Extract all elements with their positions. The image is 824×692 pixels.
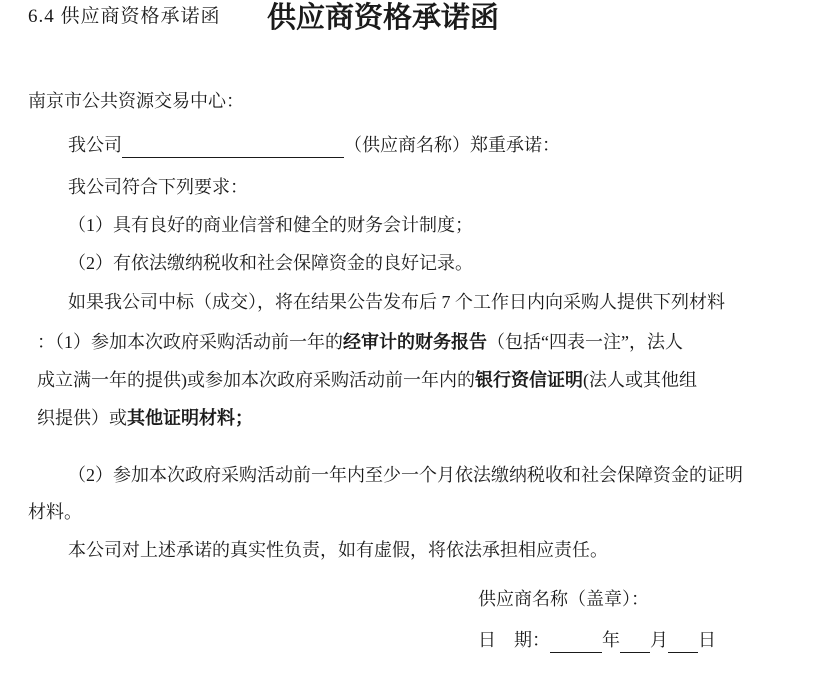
materials-item1-line2-bold: 银行资信证明 [475,370,583,390]
materials-item1-line1-post: （包括“四表一注”，法人 [487,332,683,352]
closing-statement: 本公司对上述承诺的真实性负责，如有虚假，将依法承担相应责任。 [68,538,608,563]
materials-intro-line: 如果我公司中标（成交），将在结果公告发布后 7 个工作日内向采购人提供下列材料 [68,290,725,315]
requirement-item-1: （1）具有良好的商业信誉和健全的财务会计制度； [68,213,473,238]
requirements-intro: 我公司符合下列要求： [68,175,248,200]
materials-item1-line3-bold: 其他证明材料； [127,408,253,428]
document-page: 6.4 供应商资格承诺函 供应商资格承诺函 南京市公共资源交易中心： 我公司（供… [0,0,824,692]
materials-item1-line2-pre: 成立满一年的提供)或参加本次政府采购活动前一年内的 [37,370,475,390]
materials-item1-line1-bold: 经审计的财务报告 [343,332,487,352]
date-year-blank [550,632,602,653]
materials-item1-line3: 织提供）或其他证明材料； [37,406,253,431]
materials-item1-line1: ：（1）参加本次政府采购活动前一年的经审计的财务报告（包括“四表一注”，法人 [37,330,683,355]
materials-item1-line2-post: (法人或其他组 [583,370,697,390]
year-label: 年 [602,630,620,650]
materials-item1-line1-pre: ：（1）参加本次政府采购活动前一年的 [37,332,343,352]
pledge-suffix: （供应商名称）郑重承诺： [344,135,560,155]
supplier-seal-label: 供应商名称（盖章）： [478,587,649,612]
materials-item1-line2: 成立满一年的提供)或参加本次政府采购活动前一年内的银行资信证明(法人或其他组 [37,368,697,393]
materials-item2-line1: （2）参加本次政府采购活动前一年内至少一个月依法缴纳税收和社会保障资金的证明 [68,463,743,488]
date-label: 日 期： [478,630,550,650]
date-month-blank [620,632,650,653]
requirement-item-2: （2）有依法缴纳税收和社会保障资金的良好记录。 [68,251,473,276]
pledge-line: 我公司（供应商名称）郑重承诺： [68,133,560,158]
day-label: 日 [698,630,716,650]
materials-item1-line3-pre: 织提供）或 [37,408,127,428]
month-label: 月 [650,630,668,650]
date-day-blank [668,632,698,653]
pledge-prefix: 我公司 [68,135,122,155]
supplier-name-blank [122,137,344,158]
materials-item2-line2: 材料。 [28,500,82,525]
salutation: 南京市公共资源交易中心： [28,89,244,114]
section-heading: 6.4 供应商资格承诺函 [28,4,221,29]
date-line: 日 期：年月日 [478,628,716,653]
